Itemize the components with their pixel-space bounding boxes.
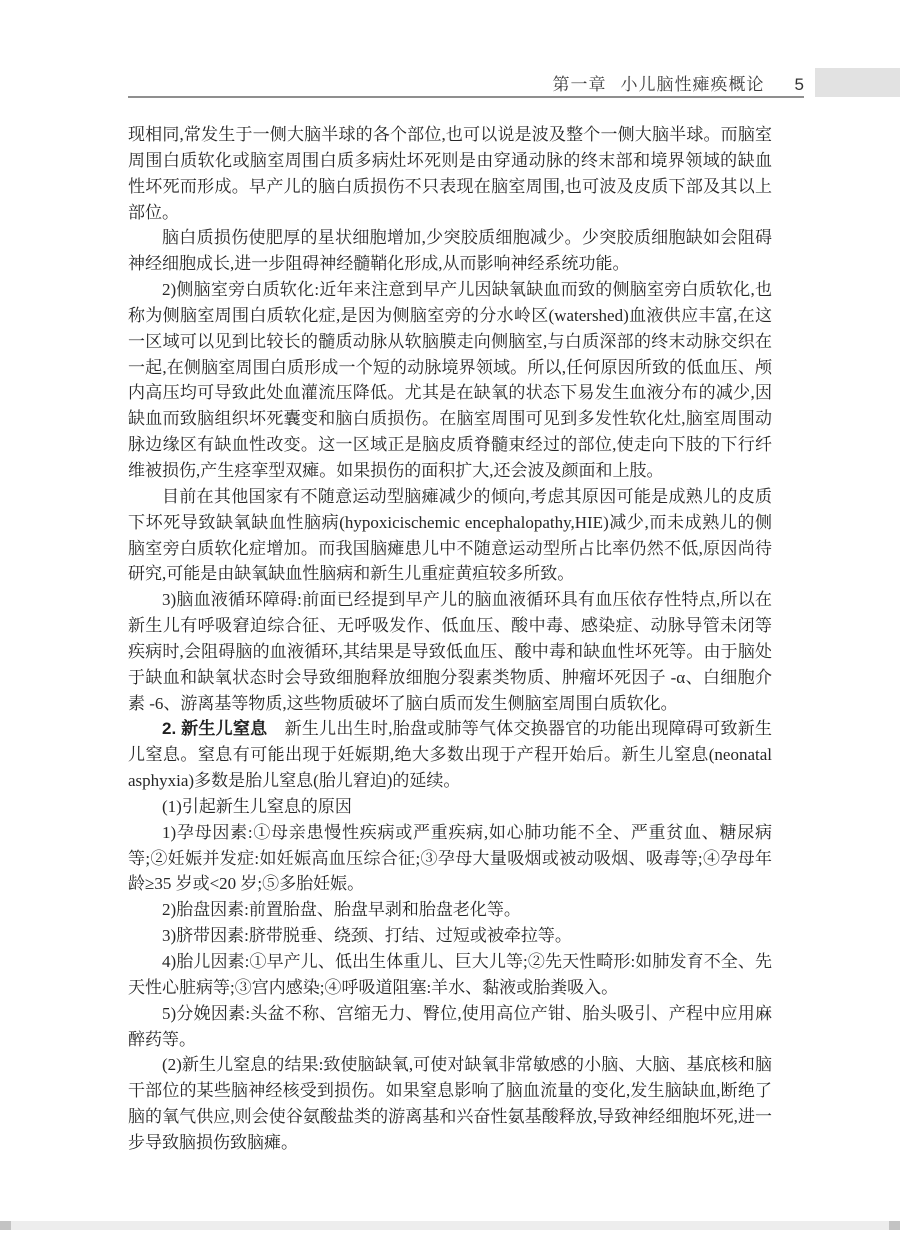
scan-corner-mark-left — [0, 1221, 11, 1230]
header-divider — [128, 96, 804, 98]
paragraph: (1)引起新生儿窒息的原因 — [128, 794, 772, 820]
paragraph: 目前在其他国家有不随意运动型脑瘫减少的倾向,考虑其原因可能是成熟儿的皮质下坏死导… — [128, 484, 772, 587]
paragraph: (2)新生儿窒息的结果:致使脑缺氧,可使对缺氧非常敏感的小脑、大脑、基底核和脑干… — [128, 1052, 772, 1155]
scan-bottom-edge — [0, 1221, 900, 1230]
scan-corner-mark-right — [889, 1221, 900, 1230]
page-header: 第一章 小儿脑性瘫痪概论 5 — [128, 70, 804, 95]
paragraph: 脑白质损伤使肥厚的星状细胞增加,少突胶质细胞减少。少突胶质细胞缺如会阻碍神经细胞… — [128, 225, 772, 277]
page-number: 5 — [795, 75, 804, 95]
paragraph: 5)分娩因素:头盆不称、宫缩无力、臀位,使用高位产钳、胎头吸引、产程中应用麻醉药… — [128, 1001, 772, 1053]
body-text: 现相同,常发生于一侧大脑半球的各个部位,也可以说是波及整个一侧大脑半球。而脑室周… — [128, 122, 772, 1156]
paragraph: 2)侧脑室旁白质软化:近年来注意到早产儿因缺氧缺血而致的侧脑室旁白质软化,也称为… — [128, 277, 772, 484]
paragraph: 2. 新生儿窒息 新生儿出生时,胎盘或肺等气体交换器官的功能出现障碍可致新生儿窒… — [128, 716, 772, 794]
paragraph: 3)脐带因素:脐带脱垂、绕颈、打结、过短或被牵拉等。 — [128, 923, 772, 949]
paragraph: 3)脑血液循环障碍:前面已经提到早产儿的脑血液循环具有血压依存性特点,所以在新生… — [128, 587, 772, 716]
book-page: 第一章 小儿脑性瘫痪概论 5 现相同,常发生于一侧大脑半球的各个部位,也可以说是… — [0, 0, 900, 1234]
paragraph: 4)胎儿因素:①早产儿、低出生体重儿、巨大儿等;②先天性畸形:如肺发育不全、先天… — [128, 949, 772, 1001]
paragraph: 2)胎盘因素:前置胎盘、胎盘早剥和胎盘老化等。 — [128, 897, 772, 923]
section-heading-neonatal-asphyxia: 2. 新生儿窒息 — [162, 719, 267, 738]
paragraph: 现相同,常发生于一侧大脑半球的各个部位,也可以说是波及整个一侧大脑半球。而脑室周… — [128, 122, 772, 225]
paragraph: 1)孕母因素:①母亲患慢性疾病或严重疾病,如心肺功能不全、严重贫血、糖尿病等;②… — [128, 820, 772, 898]
chapter-label: 第一章 — [553, 70, 607, 95]
chapter-title: 小儿脑性瘫痪概论 — [621, 70, 765, 95]
corner-gray-block — [815, 68, 900, 97]
